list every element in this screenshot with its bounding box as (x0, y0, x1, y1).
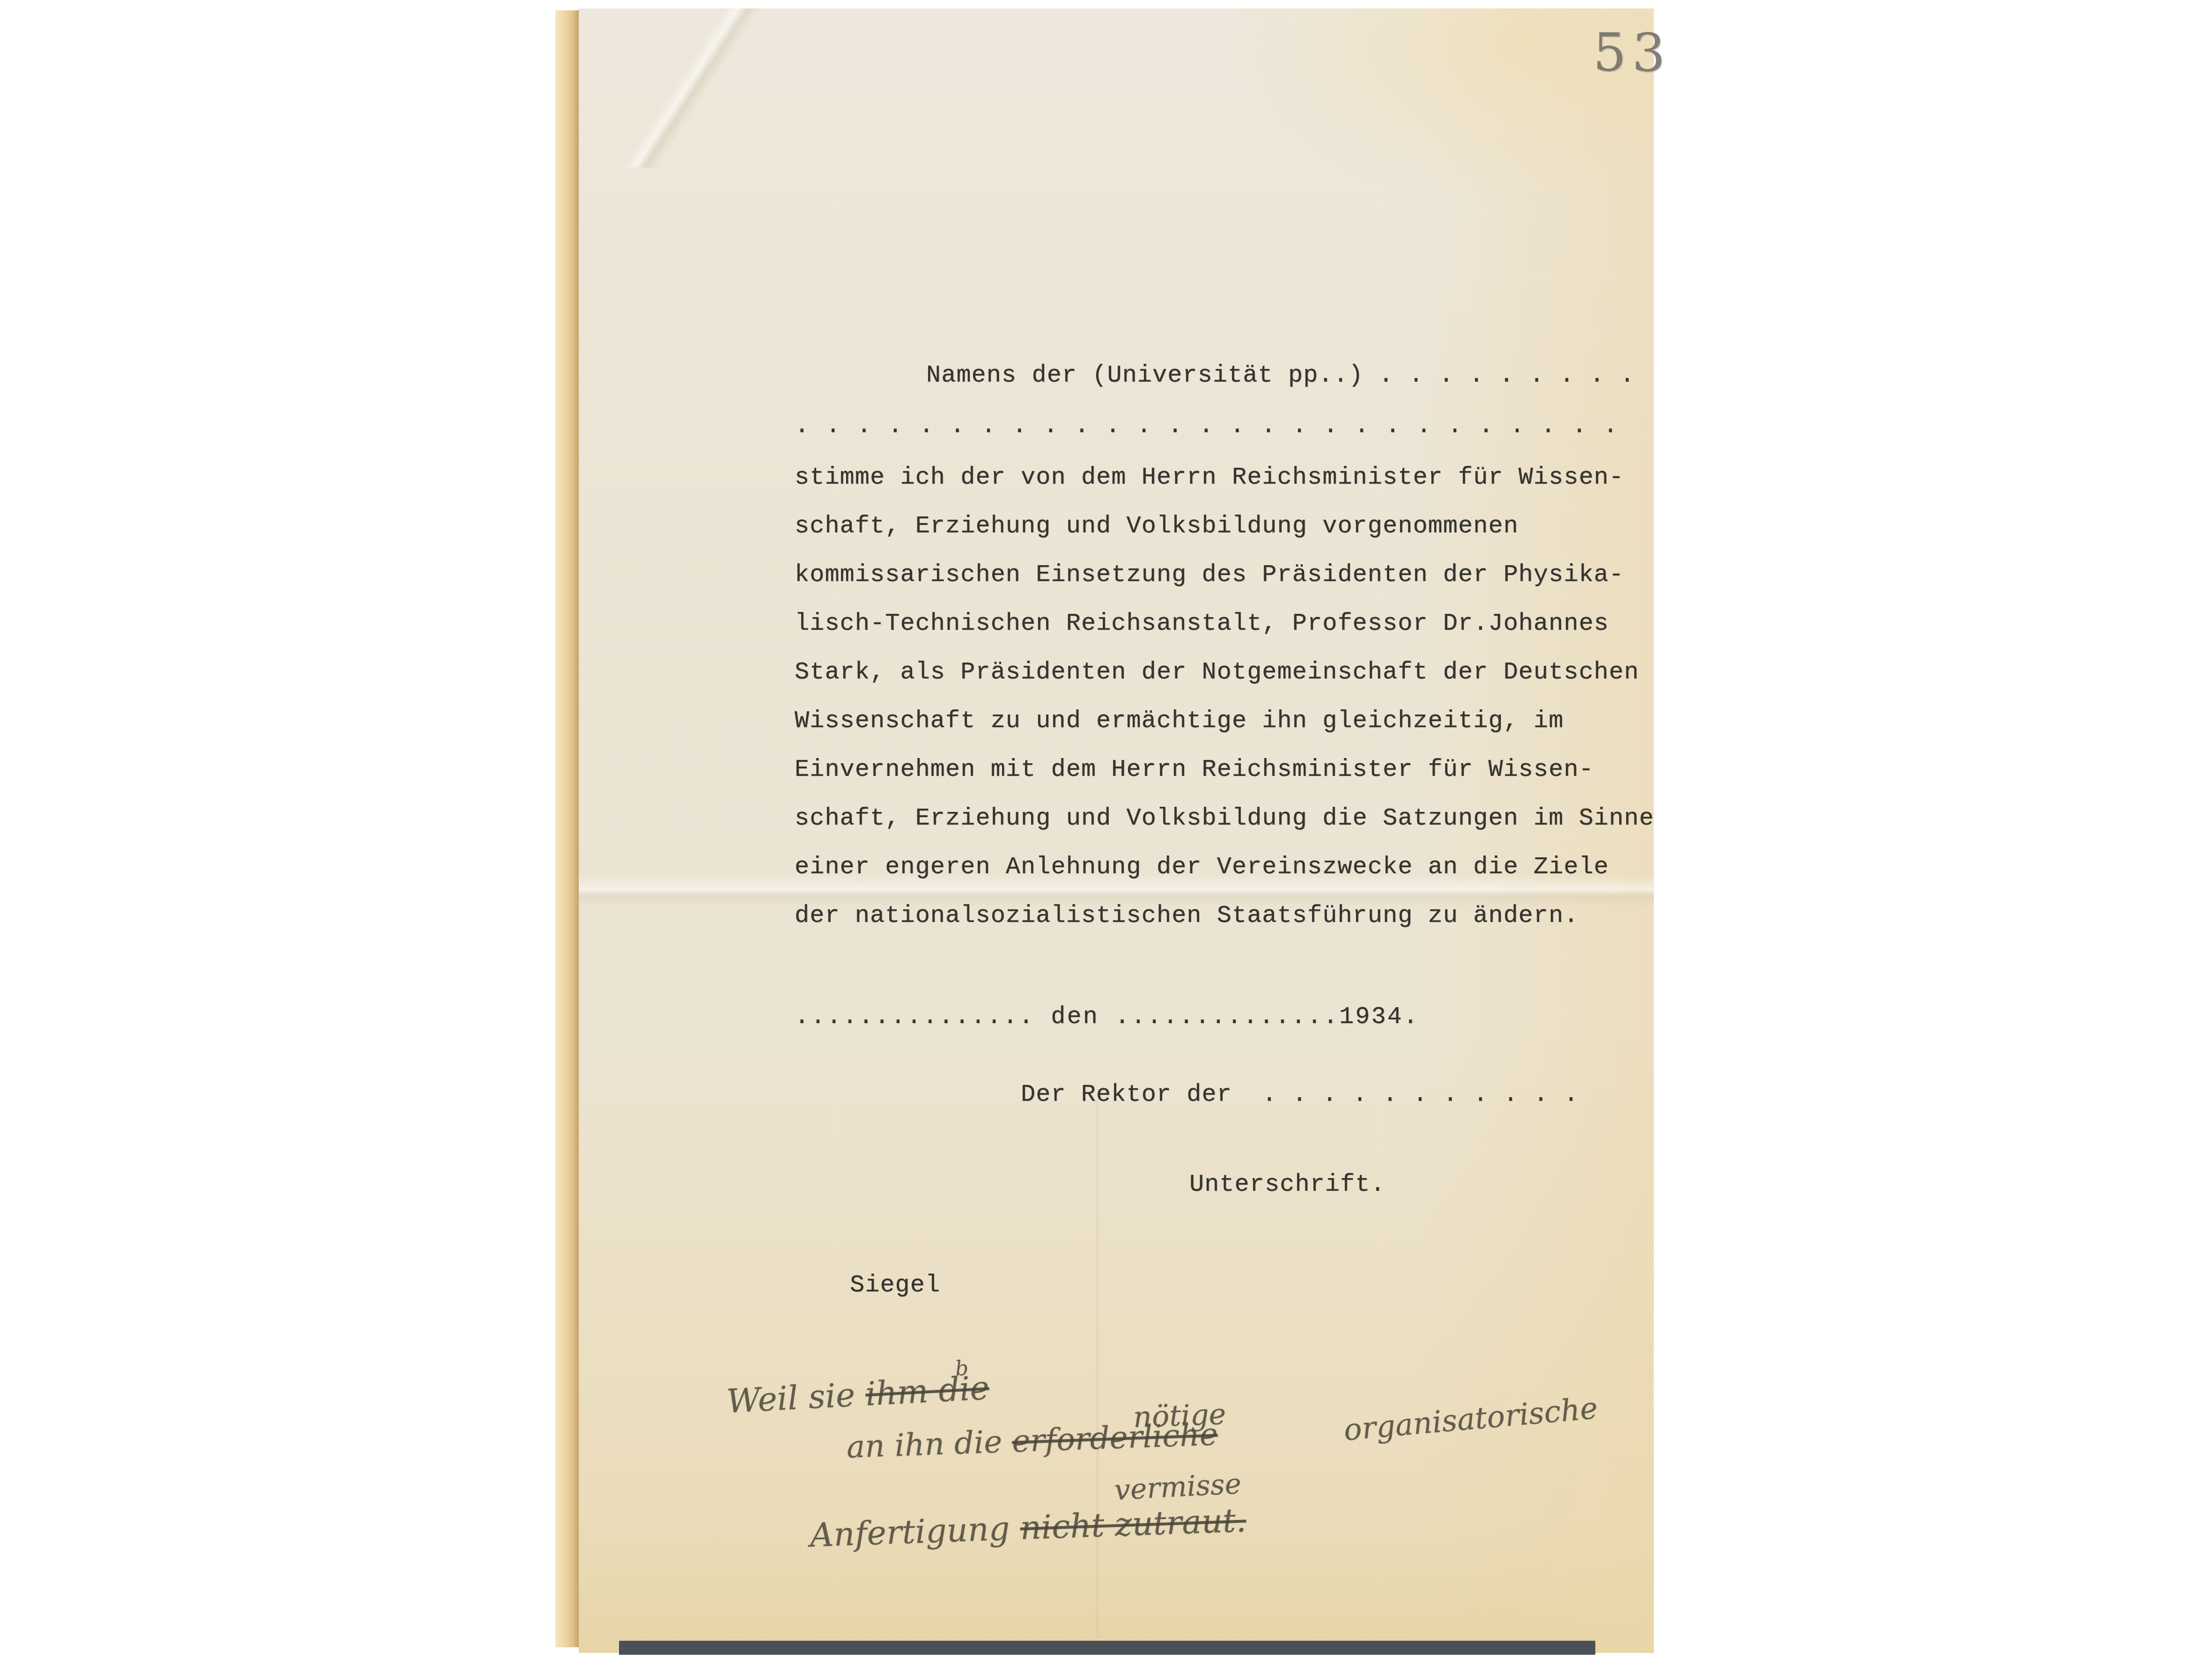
body-line: kommissarischen Einsetzung des Präsident… (795, 561, 1624, 589)
scanned-document-page: { "document": { "page_number": "53", "sa… (0, 0, 2212, 1659)
pencil-text: Anfertigung (810, 1509, 1021, 1555)
date-line: ............... den ..............1934. (795, 1003, 1419, 1031)
paper-crease-corner (579, 8, 794, 168)
pencil-text: an ihn die (846, 1423, 1013, 1465)
rektor-line: Der Rektor der . . . . . . . . . . . (1021, 1081, 1579, 1109)
page-edge-strip (555, 10, 579, 1647)
salutation-line: Namens der (Universität pp..) . . . . . … (926, 361, 1635, 390)
salutation-dotted-rule: . . . . . . . . . (1364, 361, 1635, 389)
body-line: der nationalsozialistischen Staatsführun… (795, 902, 1579, 930)
pencil-struck-text: nicht zutraut. (1019, 1501, 1246, 1548)
paper-crease-vertical (1096, 1100, 1099, 1639)
body-line: stimme ich der von dem Herrn Reichsminis… (795, 464, 1624, 492)
body-line: einer engeren Anlehnung der Vereinszweck… (795, 853, 1609, 881)
body-line: lisch-Technischen Reichsanstalt, Profess… (795, 610, 1609, 638)
scan-shadow-strip (619, 1641, 1595, 1655)
body-line: Stark, als Präsidenten der Notgemeinscha… (795, 658, 1639, 686)
dotted-rule-row: . . . . . . . . . . . . . . . . . . . . … (795, 412, 1619, 440)
rektor-label: Der Rektor der (1021, 1081, 1232, 1108)
signature-label: Unterschrift. (1189, 1171, 1386, 1199)
rektor-dotted-rule: . . . . . . . . . . . (1232, 1081, 1579, 1108)
salutation-text: Namens der (Universität pp..) (926, 361, 1364, 389)
pencil-text: Weil sie (726, 1375, 867, 1421)
body-line: schaft, Erziehung und Volksbildung vorge… (795, 512, 1519, 540)
body-line: Einvernehmen mit dem Herrn Reichsministe… (795, 756, 1594, 784)
pencil-insertion-word2: vermisse (1113, 1467, 1242, 1507)
body-line: Wissenschaft zu und ermächtige ihn gleic… (795, 707, 1563, 735)
pencil-struck-text: ihm die (864, 1369, 990, 1414)
pencil-struck-text: erforderliche (1011, 1416, 1218, 1459)
seal-label: Siegel (850, 1271, 940, 1299)
page-number-stamp: 53 (1593, 22, 1671, 83)
body-line: schaft, Erziehung und Volksbildung die S… (795, 804, 1654, 833)
